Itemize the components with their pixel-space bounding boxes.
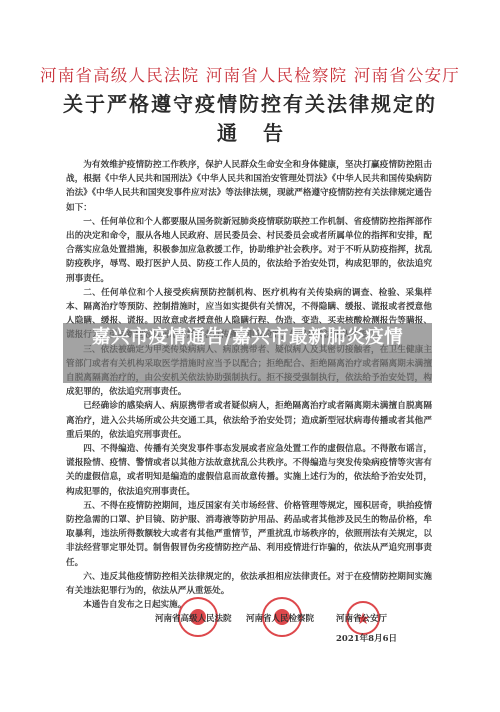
- signature-procuratorate: 河南省人民检察院: [246, 612, 314, 624]
- issuer-header: 河南省高级人民法院 河南省人民检察院 河南省公安厅: [0, 62, 500, 86]
- paragraph-5: 五、不得在疫情防控期间，违反国家有关市场经营、价格管理等规定，囤积居奇，哄抬疫情…: [66, 499, 432, 570]
- paragraph-intro: 为有效维护疫情防控工作秩序，保护人民群众生命安全和身体健康，坚决打赢疫情防控阻击…: [66, 158, 432, 215]
- overlay-banner: 嘉兴市疫情通告/嘉兴市最新肺炎疫情: [63, 323, 432, 383]
- document-body: 为有效维护疫情防控工作秩序，保护人民群众生命安全和身体健康，坚决打赢疫情防控阻击…: [66, 158, 432, 613]
- paragraph-1: 一、任何单位和个人都要服从国务院新冠肺炎疫情联防联控工作机制、省疫情防控指挥部作…: [66, 215, 432, 286]
- banner-title: 嘉兴市疫情通告/嘉兴市最新肺炎疫情: [75, 326, 420, 350]
- document-date: 2021年8月6日: [336, 632, 397, 644]
- signature-police: 河南省公安厅: [336, 612, 387, 624]
- signature-court: 河南省高级人民法院: [155, 612, 232, 624]
- document-subtitle: 通告: [0, 117, 500, 146]
- paragraph-3b: 已经确诊的感染病人、病原携带者或者疑似病人，拒绝隔离治疗或者隔离期未满擅自脱离隔…: [66, 399, 432, 442]
- signature-block: 河南省高级人民法院 河南省人民检察院 ★ 河南省公安厅 2021年8月6日: [0, 595, 500, 665]
- paragraph-4: 四、不得编造、传播有关突发事件事态发展或者应急处置工作的虚假信息。不得散布谣言，…: [66, 442, 432, 499]
- document-title: 关于严格遵守疫情防控有关法律规定的: [0, 88, 500, 117]
